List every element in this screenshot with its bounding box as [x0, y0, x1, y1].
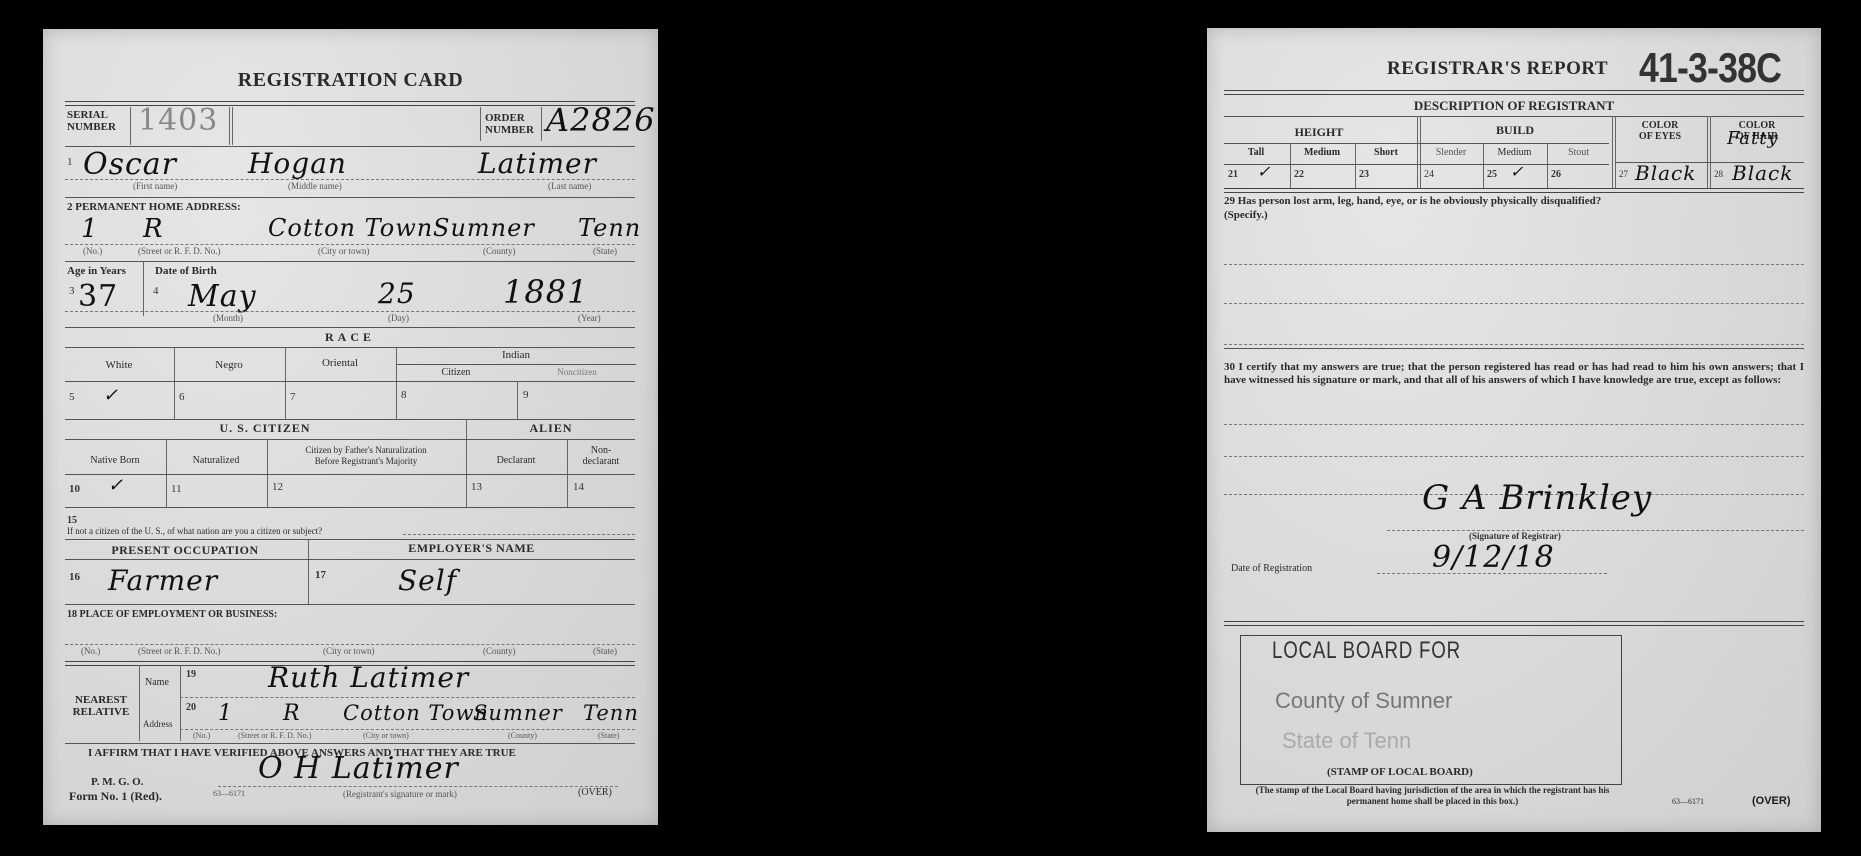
pmgo-label: P. M. G. O. — [91, 776, 143, 788]
stamp-caption: (STAMP OF LOCAL BOARD) — [1327, 766, 1473, 778]
eye-color-value: Black — [1635, 161, 1696, 185]
divider — [517, 381, 518, 419]
caption-year: (Year) — [578, 313, 601, 323]
nearest-relative-line2: RELATIVE — [65, 706, 137, 718]
dob-label: Date of Birth — [155, 265, 217, 277]
nearest-relative-line1: NEAREST — [65, 694, 137, 706]
race-negro-label: Negro — [174, 359, 284, 371]
registrant-signature: O H Latimer — [258, 751, 459, 786]
alien-heading: ALIEN — [466, 421, 636, 436]
form-code: 63—6171 — [1672, 797, 1704, 806]
field-number: 13 — [471, 481, 482, 493]
relative-address-state-value: Tenn — [583, 701, 639, 725]
height-medium-label: Medium — [1290, 147, 1354, 158]
answer-line — [1224, 264, 1804, 265]
build-stout-label: Stout — [1547, 147, 1610, 158]
caption-street: (Street or R. F. D. No.) — [138, 246, 221, 256]
divider — [65, 474, 635, 475]
race-heading: RACE — [65, 330, 635, 345]
build-medium-label: Medium — [1483, 147, 1546, 158]
race-indian-label: Indian — [396, 349, 636, 361]
divider — [229, 107, 230, 145]
age-value: 37 — [78, 279, 118, 314]
order-number-value: A2826 — [546, 101, 656, 139]
address-street-value: R — [143, 214, 164, 244]
age-label: Age in Years — [67, 265, 126, 277]
signature-line — [218, 786, 618, 787]
caption-month: (Month) — [213, 313, 243, 323]
divider — [65, 743, 635, 744]
relative-name-line — [180, 697, 635, 698]
hair-color-value: Black — [1732, 161, 1793, 185]
divider — [166, 439, 167, 507]
stamp-line-1: LOCAL BOARD FOR — [1272, 637, 1461, 665]
divider — [65, 559, 635, 560]
divider — [480, 107, 481, 141]
report-title: REGISTRAR'S REPORT — [1387, 58, 1608, 80]
address-city-value: Cotton Town — [268, 214, 433, 242]
caption-no: (No.) — [193, 731, 210, 740]
divider — [65, 347, 635, 348]
answer-line — [1224, 344, 1804, 345]
height-heading: HEIGHT — [1224, 125, 1414, 140]
over-label: (OVER) — [1752, 795, 1791, 807]
field-number: 5 — [69, 391, 75, 403]
field-number: 4 — [153, 285, 159, 297]
field-number: 3 — [69, 285, 75, 297]
middle-name-value: Hogan — [248, 147, 347, 180]
over-label: (OVER) — [578, 787, 612, 798]
caption-county: (County) — [483, 646, 516, 656]
address-line — [65, 244, 635, 245]
race-oriental-label: Oriental — [285, 357, 395, 369]
race-indian-noncitizen-label: Noncitizen — [518, 367, 636, 377]
address-state-value: Tenn — [578, 214, 641, 242]
divider — [1224, 143, 1609, 144]
divider — [65, 439, 635, 440]
race-white-label: White — [65, 359, 173, 371]
nondeclarant-label: Non- declarant — [567, 445, 635, 467]
eyes-heading: COLOR OF EYES — [1615, 120, 1705, 142]
serial-label-line1: SERIAL — [67, 109, 116, 121]
q30-certification-text: 30 I certify that my answers are true; t… — [1224, 361, 1804, 387]
caption-day: (Day) — [388, 313, 409, 323]
field-number: 20 — [186, 702, 196, 713]
caption-state: (State) — [598, 731, 619, 740]
caption-county: (County) — [508, 731, 537, 740]
divider — [1707, 116, 1708, 188]
divider — [1224, 90, 1804, 95]
field-number: 21 — [1228, 169, 1238, 180]
date-of-registration-value: 9/12/18 — [1432, 540, 1555, 575]
height-tall-checkmark: ✓ — [1257, 162, 1271, 181]
registrars-report-back: REGISTRAR'S REPORT 41-3-38C DESCRIPTION … — [1207, 28, 1821, 832]
build-heading: BUILD — [1420, 123, 1610, 138]
serial-label-line2: NUMBER — [67, 121, 116, 133]
first-name-value: Oscar — [83, 147, 177, 182]
relative-address-label: Address — [143, 719, 173, 729]
divider — [1612, 116, 1613, 188]
declarant-label: Declarant — [466, 455, 566, 466]
relative-address-county-value: Sumner — [473, 701, 563, 725]
last-name-caption: (Last name) — [548, 181, 591, 191]
field-number: 7 — [290, 391, 296, 403]
native-born-label: Native Born — [65, 455, 165, 466]
address-label: 2 PERMANENT HOME ADDRESS: — [67, 201, 241, 213]
field-number: 27 — [1619, 169, 1628, 179]
employer-value: Self — [398, 564, 457, 597]
relative-address-no-value: 1 — [218, 701, 233, 726]
middle-name-caption: (Middle name) — [288, 181, 342, 191]
divider — [174, 347, 175, 419]
caption-state: (State) — [593, 646, 617, 656]
dob-day-value: 25 — [378, 277, 416, 310]
field-number: 22 — [1294, 169, 1304, 180]
field-number: 24 — [1424, 169, 1434, 180]
serial-number-value: 1403 — [138, 103, 218, 138]
field-number: 17 — [315, 569, 326, 581]
stamp-line-3: State of Tenn — [1282, 728, 1411, 754]
dob-year-value: 1881 — [503, 273, 588, 311]
field-number: 1 — [67, 156, 73, 168]
order-label-line1: ORDER — [485, 112, 534, 124]
caption-county: (County) — [483, 246, 516, 256]
field-number: 26 — [1551, 169, 1561, 180]
divider — [396, 364, 636, 365]
first-name-caption: (First name) — [133, 181, 177, 191]
answer-line — [1224, 456, 1804, 457]
height-short-label: Short — [1355, 147, 1417, 158]
stamp-line-2: County of Sumner — [1275, 688, 1452, 714]
order-label: ORDER NUMBER — [485, 112, 534, 136]
divider — [1224, 116, 1804, 117]
q15-text: If not a citizen of the U. S., of what n… — [67, 526, 322, 536]
date-line — [1377, 573, 1607, 574]
divider — [65, 604, 635, 605]
stamped-number: 41-3-38C — [1639, 44, 1781, 92]
report-subtitle: DESCRIPTION OF REGISTRANT — [1224, 98, 1804, 114]
date-of-registration-label: Date of Registration — [1231, 563, 1312, 574]
last-name-value: Latimer — [478, 147, 597, 180]
q29-specify: (Specify.) — [1224, 209, 1268, 221]
native-born-checkmark: ✓ — [108, 475, 124, 496]
field-number: 19 — [186, 669, 196, 680]
divider — [65, 419, 635, 420]
caption-no: (No.) — [83, 246, 102, 256]
form-number-label: Form No. 1 (Red). — [69, 789, 162, 804]
height-tall-label: Tall — [1224, 147, 1288, 158]
divider — [139, 665, 140, 741]
divider — [232, 107, 233, 145]
by-father-line1: Citizen by Father's Naturalization — [267, 445, 465, 456]
signature-line — [1387, 530, 1804, 531]
form-code: 63—6171 — [213, 789, 245, 798]
by-father-label: Citizen by Father's Naturalization Befor… — [267, 445, 465, 467]
card-title: REGISTRATION CARD — [43, 69, 658, 92]
field-number: 15 — [67, 515, 77, 526]
race-indian-citizen-label: Citizen — [396, 367, 516, 378]
stamp-note: (The stamp of the Local Board having jur… — [1235, 785, 1630, 807]
nondeclarant-line1: Non- — [567, 445, 635, 456]
dob-month-value: May — [188, 279, 257, 314]
field-number: 25 — [1487, 169, 1497, 180]
relative-name-value: Ruth Latimer — [268, 661, 469, 694]
hair-extra-annotation: Fatty — [1727, 128, 1779, 149]
divider — [143, 261, 144, 316]
divider — [1224, 348, 1804, 349]
caption-street: (Street or R. F. D. No.) — [238, 731, 311, 740]
nearest-relative-label: NEAREST RELATIVE — [65, 694, 137, 718]
address-no-value: 1 — [81, 214, 99, 244]
occupation-heading: PRESENT OCCUPATION — [65, 543, 305, 558]
registration-card-front: REGISTRATION CARD SERIAL NUMBER 1403 ORD… — [43, 29, 658, 825]
dob-line — [65, 311, 635, 312]
divider — [65, 261, 635, 262]
field-number: 16 — [69, 571, 80, 583]
relative-name-label: Name — [145, 677, 169, 688]
field-number: 6 — [179, 391, 185, 403]
eyes-heading-line1: COLOR — [1615, 120, 1705, 131]
q15-line — [403, 534, 635, 535]
by-father-line2: Before Registrant's Majority — [267, 456, 465, 467]
divider — [1417, 116, 1418, 188]
field-number: 28 — [1714, 169, 1723, 179]
caption-city: (City or town) — [323, 646, 375, 656]
field-number: 11 — [171, 483, 182, 495]
field-number: 10 — [69, 483, 80, 495]
answer-line — [1224, 303, 1804, 304]
address-county-value: Sumner — [433, 214, 535, 242]
naturalized-label: Naturalized — [166, 455, 266, 466]
divider — [541, 107, 542, 141]
relative-address-city-value: Cotton Town — [343, 701, 489, 725]
divider — [65, 327, 635, 328]
eyes-heading-line2: OF EYES — [1615, 131, 1705, 142]
nondeclarant-line2: declarant — [567, 456, 635, 467]
caption-city: (City or town) — [363, 731, 409, 740]
place-line — [65, 644, 635, 645]
signature-caption: (Registrant's signature or mark) — [343, 789, 457, 799]
caption-street: (Street or R. F. D. No.) — [138, 646, 221, 656]
name-line — [65, 179, 635, 180]
race-white-checkmark: ✓ — [103, 385, 119, 406]
relative-address-street-value: R — [283, 701, 301, 726]
divider — [65, 197, 635, 198]
serial-label: SERIAL NUMBER — [67, 109, 116, 133]
order-label-line2: NUMBER — [485, 124, 534, 136]
field-number: 8 — [401, 389, 407, 401]
place-of-employment-label: 18 PLACE OF EMPLOYMENT OR BUSINESS: — [67, 609, 277, 620]
build-medium-checkmark: ✓ — [1510, 162, 1524, 181]
field-number: 23 — [1359, 169, 1369, 180]
caption-no: (No.) — [81, 646, 100, 656]
employer-heading: EMPLOYER'S NAME — [308, 541, 635, 556]
answer-line — [1224, 424, 1804, 425]
divider — [130, 107, 131, 145]
divider — [1224, 164, 1609, 165]
us-citizen-heading: U. S. CITIZEN — [65, 421, 465, 436]
divider — [1224, 188, 1804, 193]
occupation-value: Farmer — [108, 564, 218, 597]
divider — [65, 381, 635, 382]
field-number: 14 — [573, 481, 584, 493]
divider — [65, 507, 635, 508]
caption-city: (City or town) — [318, 246, 370, 256]
q29-text: 29 Has person lost arm, leg, hand, eye, … — [1224, 195, 1804, 207]
caption-state: (State) — [593, 246, 617, 256]
relative-address-line — [180, 729, 635, 730]
divider — [1224, 621, 1804, 626]
build-slender-label: Slender — [1420, 147, 1482, 158]
divider — [65, 539, 635, 540]
field-number: 12 — [272, 481, 283, 493]
registrar-signature: G A Brinkley — [1422, 478, 1652, 518]
field-number: 9 — [523, 389, 529, 401]
